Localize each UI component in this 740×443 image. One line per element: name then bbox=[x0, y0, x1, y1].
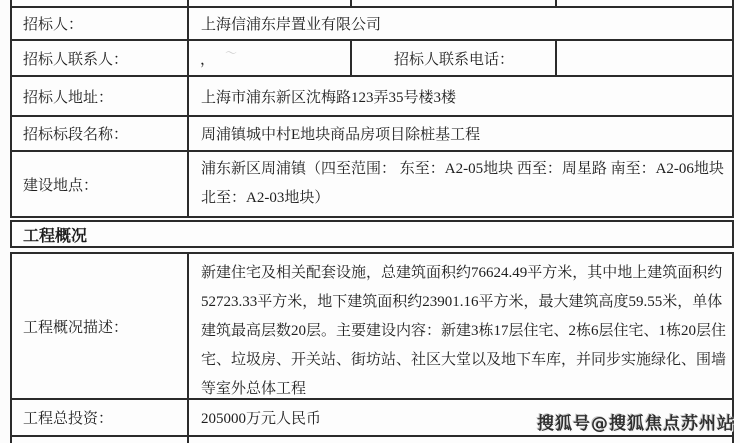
partial-cell-3 bbox=[350, 0, 555, 6]
address-label: 招标人地址： bbox=[12, 77, 187, 115]
partial-cell-1 bbox=[12, 0, 187, 6]
row-section-name: 招标标段名称： 周浦镇城中村E地块商品房项目除桩基工程 bbox=[12, 117, 732, 152]
partial-bottom-cell-2 bbox=[187, 437, 732, 443]
contact-phone-label: 招标人联系电话： bbox=[350, 41, 555, 75]
construction-site-label: 建设地点： bbox=[12, 152, 187, 216]
contact-person-text: ， bbox=[200, 48, 215, 69]
section-name-value: 周浦镇城中村E地块商品房项目除桩基工程 bbox=[187, 117, 732, 150]
address-value: 上海市浦东新区沈梅路123弄35号楼3楼 bbox=[187, 77, 732, 115]
clipped-next-row bbox=[12, 437, 732, 443]
tenderer-value: 上海信浦东岸置业有限公司 bbox=[187, 8, 732, 39]
total-investment-label: 工程总投资： bbox=[12, 400, 187, 435]
row-project-description: 工程概况描述： 新建住宅及相关配套设施，总建筑面积约76624.49平方米，其中… bbox=[12, 254, 732, 400]
contact-person-label: 招标人联系人： bbox=[12, 41, 187, 75]
project-overview-header: 工程概况 bbox=[10, 220, 734, 248]
tenderer-label: 招标人： bbox=[12, 8, 187, 39]
row-construction-site: 建设地点： 浦东新区周浦镇（四至范围： 东至：A2-05地块 西至：周星路 南至… bbox=[12, 152, 732, 218]
project-description-value: 新建住宅及相关配套设施，总建筑面积约76624.49平方米，其中地上建筑面积约5… bbox=[187, 254, 732, 398]
faint-redacted-mark: 〜 bbox=[225, 44, 237, 61]
construction-site-value: 浦东新区周浦镇（四至范围： 东至：A2-05地块 西至：周星路 南至：A2-06… bbox=[187, 152, 732, 216]
partial-cell-2 bbox=[187, 0, 350, 6]
partial-cell-4 bbox=[555, 0, 732, 6]
partial-bottom-cell-1 bbox=[12, 437, 187, 443]
tenderer-info-table: 招标人： 上海信浦东岸置业有限公司 招标人联系人： ， 〜 招标人联系电话： 招… bbox=[10, 0, 734, 218]
tender-document-page: 招标人： 上海信浦东岸置业有限公司 招标人联系人： ， 〜 招标人联系电话： 招… bbox=[0, 0, 740, 443]
contact-phone-value bbox=[555, 41, 732, 75]
row-tenderer: 招标人： 上海信浦东岸置业有限公司 bbox=[12, 8, 732, 41]
project-description-label: 工程概况描述： bbox=[12, 254, 187, 398]
row-address: 招标人地址： 上海市浦东新区沈梅路123弄35号楼3楼 bbox=[12, 77, 732, 117]
sohu-watermark: 搜狐号@搜狐焦点苏州站 bbox=[537, 409, 735, 434]
contact-person-value: ， 〜 bbox=[187, 41, 350, 75]
section-name-label: 招标标段名称： bbox=[12, 117, 187, 150]
row-contact: 招标人联系人： ， 〜 招标人联系电话： bbox=[12, 41, 732, 77]
clipped-previous-row bbox=[12, 0, 732, 8]
